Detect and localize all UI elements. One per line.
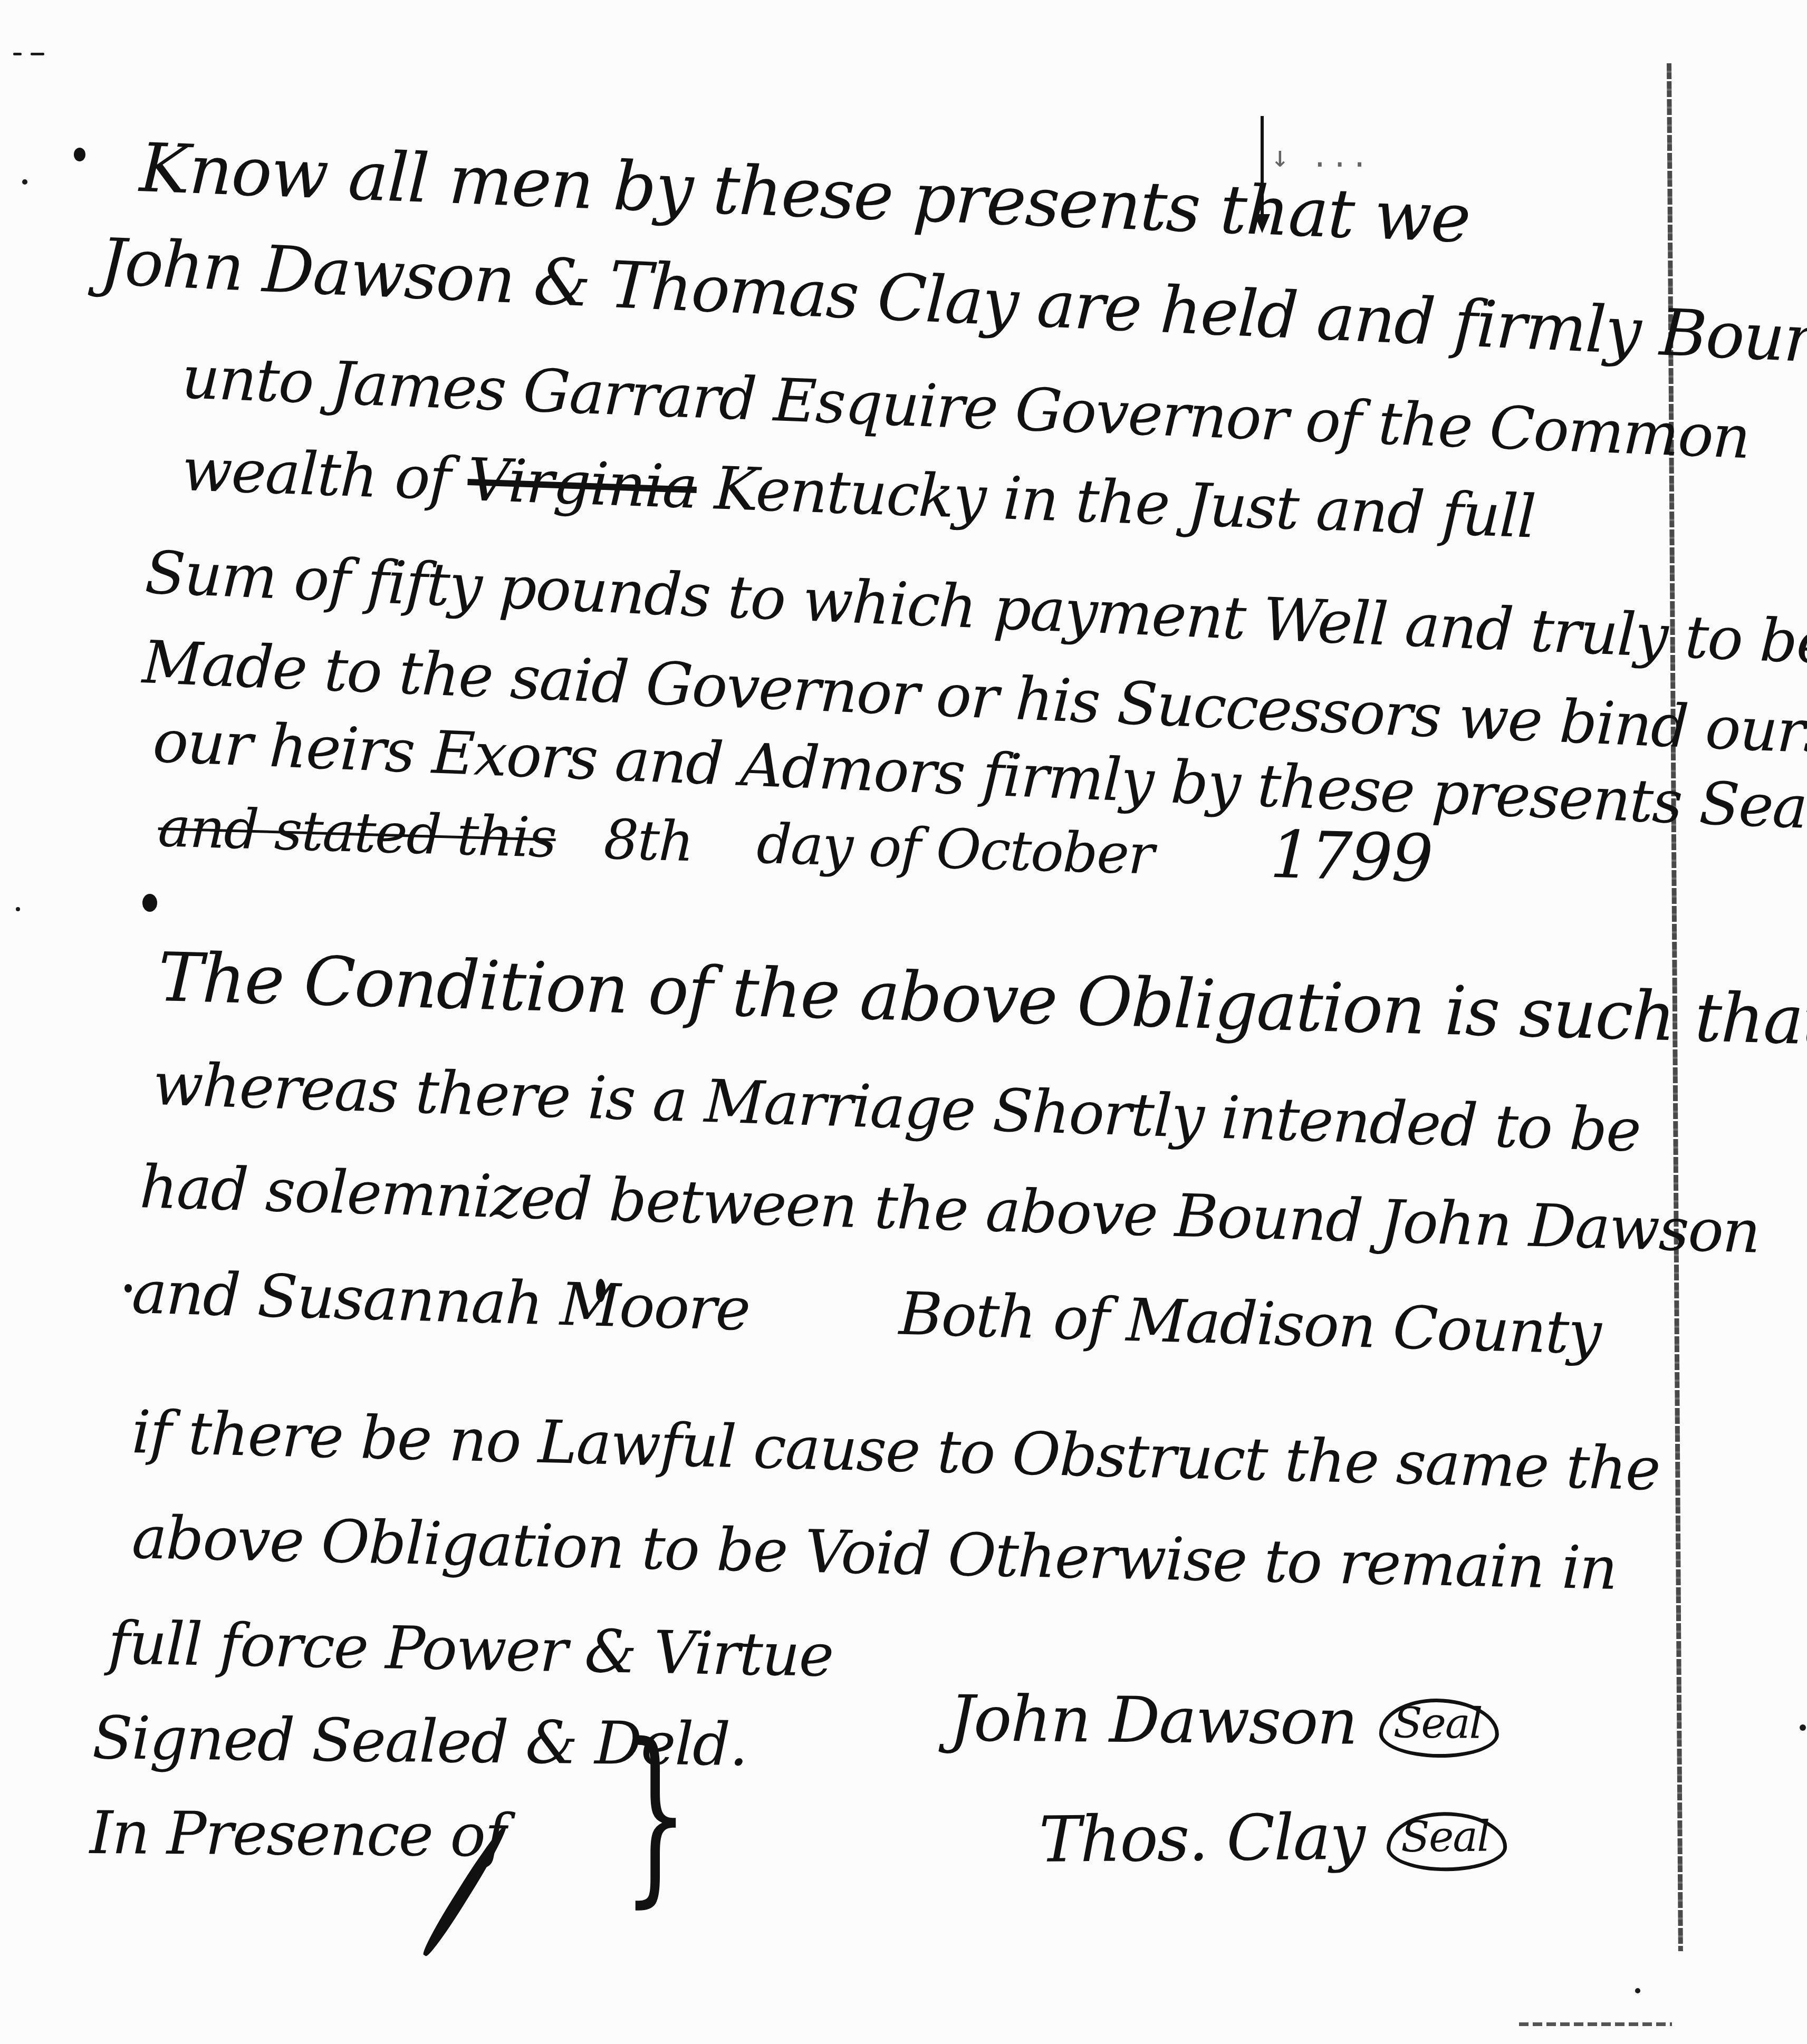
seal-icon: Seal <box>1379 1698 1499 1758</box>
signature-name: Thos. Clay <box>1039 1801 1364 1877</box>
scan-speck <box>1800 1724 1806 1731</box>
scan-speck <box>22 179 27 185</box>
margin-dot <box>124 1284 132 1293</box>
kentucky-text: Kentucky <box>713 454 986 532</box>
scan-speck <box>31 53 44 55</box>
bond-line-4: wealth of Virginia Kentucky in the Just … <box>181 440 1536 547</box>
in-presence-of: In Presence of <box>90 1804 506 1866</box>
scan-speck <box>16 907 20 911</box>
day-of-month-text: day of October <box>756 812 1154 887</box>
day-number: 8th <box>603 807 694 874</box>
bride-name-text: and Susannah Moore <box>131 1258 751 1344</box>
scan-speck <box>1635 1988 1640 1993</box>
condition-line-5: if there be no Lawful cause to Obstruct … <box>131 1403 1660 1499</box>
margin-dot <box>74 148 85 161</box>
paragraph-mark-icon <box>142 894 157 912</box>
and-stated-this-text: and stated this <box>157 795 556 870</box>
scan-speck <box>13 53 22 55</box>
condition-line-4: and Susannah Moore Both of Madison Count… <box>131 1263 1601 1363</box>
scanned-document-page: ↓ ... Know all men by these presents tha… <box>0 0 1807 2044</box>
condition-line-3: had solemnized between the above Bound J… <box>139 1158 1760 1262</box>
condition-line-2: whereas there is a Marriage Shortly inte… <box>152 1055 1641 1161</box>
condition-line-7: full force Power & Virtue <box>108 1614 833 1685</box>
condition-line-1: The Condition of the above Obligation is… <box>157 944 1807 1055</box>
brace-icon: } <box>622 1719 689 1909</box>
signature-name: John Dawson <box>949 1682 1357 1759</box>
signature-john-dawson: John Dawson Seal <box>949 1688 1499 1758</box>
year: 1799 <box>1269 817 1433 898</box>
margin-note: ↓ ... <box>1271 140 1371 174</box>
condition-line-6: above Obligation to be Void Otherwise to… <box>131 1508 1617 1598</box>
struck-virginia: Virginia <box>466 446 698 522</box>
signature-thomas-clay: Thos. Clay Seal <box>1039 1805 1507 1875</box>
just-and-full-text: in the Just and full <box>1002 464 1536 551</box>
seal-icon: Seal <box>1387 1811 1507 1872</box>
wealth-of-text: wealth of <box>181 436 451 514</box>
page-edge-bottom <box>1519 2022 1672 2026</box>
county-text: Both of Madison County <box>898 1280 1601 1368</box>
